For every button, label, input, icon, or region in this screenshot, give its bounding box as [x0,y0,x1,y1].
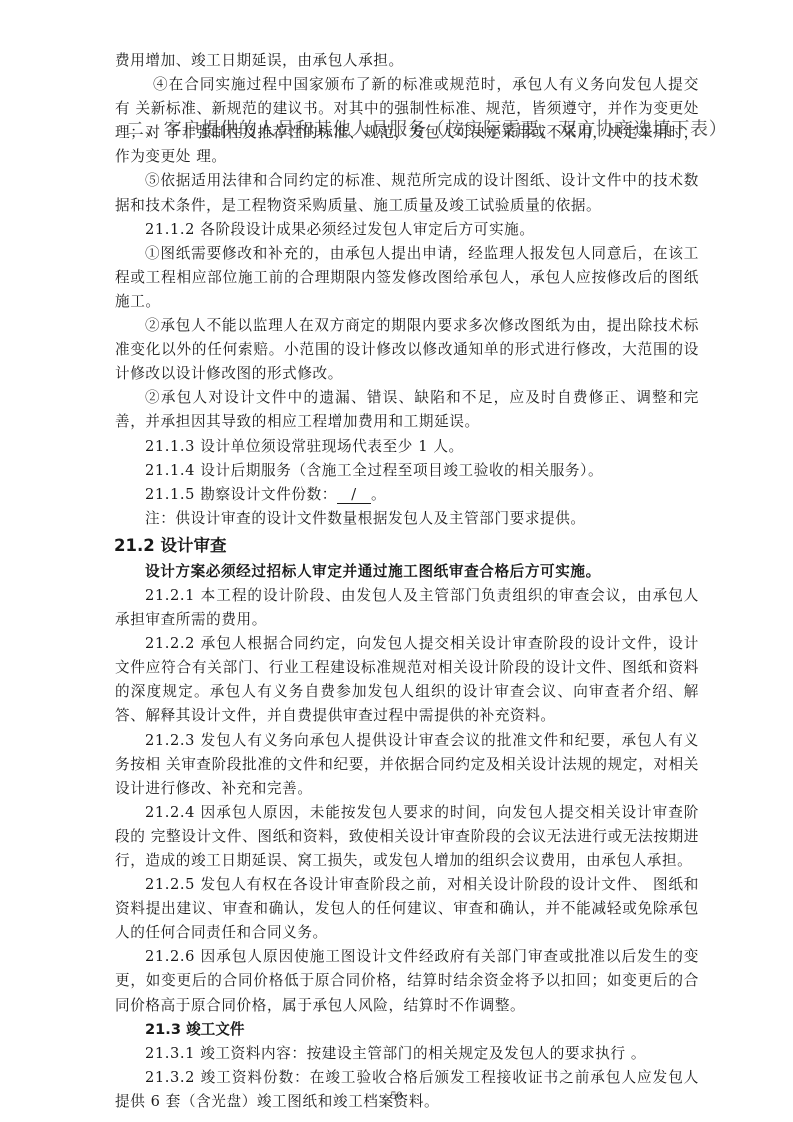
paragraph-no-claims: ②承包人不能以监理人在双方商定的期限内要求多次修改图纸为由，提出除技术标准变化以… [115,314,699,386]
clause-21-2-1: 21.2.1 本工程的设计阶段、由发包人及主管部门负责组织的审查会议，由承包人承… [115,584,699,632]
paragraph-drawing-revision: ①图纸需要修改和补充的，由承包人提出申请，经监理人报发包人同意后，在该工程或工程… [115,242,699,314]
clause-21-1-4: 21.1.4 设计后期服务（含施工全过程至项目竣工验收的相关服务）。 [115,459,699,483]
clause-21-2-6: 21.2.6 因承包人原因使施工图设计文件经政府有关部门审查或批准以后发生的变更… [115,945,699,1017]
paragraph-self-correction: ②承包人对设计文件中的遗漏、错误、缺陷和不足，应及时自费修正、调整和完善，并承担… [115,386,699,434]
clause-21-1-2: 21.1.2 各阶段设计成果必须经过发包人审定后方可实施。 [115,218,699,242]
page-number: 50 [0,1088,793,1103]
bold-note-design-approval: 设计方案必须经过招标人审定并通过施工图纸审查合格后方可实施。 [115,560,699,584]
note-paragraph: 注：供设计审查的设计文件数量根据发包人及主管部门要求提供。 [115,507,699,531]
clause-21-2-2: 21.2.2 承包人根据合同约定，向发包人提交相关设计审查阶段的设计文件，设计文… [115,632,699,728]
clause-21-2-4: 21.2.4 因承包人原因，未能按发包人要求的时间，向发包人提交相关设计审查阶段… [115,801,699,873]
paragraph-cost-continuation: 费用增加、竣工日期延误，由承包人承担。 [115,49,699,73]
clause-21-1-5: 21.1.5 勘察设计文件份数：/。 [115,483,699,507]
section-heading-21-3: 21.3 竣工文件 [115,1018,699,1042]
clause-21-1-5-end: 。 [371,486,386,503]
overlapping-heading-text: 二、客户提供的人员和其他人员服务（按实际需要，双方协商选填下表） [126,120,728,140]
clause-21-1-5-label: 21.1.5 勘察设计文件份数： [145,486,337,503]
document-page: 费用增加、竣工日期延误，由承包人承担。 ④在合同实施过程中国家颁布了新的标准或规… [115,49,699,1114]
clause-21-2-5: 21.2.5 发包人有权在各设计审查阶段之前，对相关设计阶段的设计文件、 图纸和… [115,873,699,945]
section-heading-21-2: 21.2 设计审查 [114,533,699,559]
paragraph-design-basis: ⑤依据适用法律和合同约定的标准、规范所完成的设计图纸、设计文件中的技术数 据和技… [115,169,699,217]
clause-21-3-1: 21.3.1 竣工资料内容：按建设主管部门的相关规定及发包人的要求执行 。 [115,1042,699,1066]
clause-21-2-3: 21.2.3 发包人有义务向承包人提供设计审查会议的批准文件和纪要，承包人有义务… [115,729,699,801]
clause-21-1-3: 21.1.3 设计单位须设常驻现场代表至少 1 人。 [115,435,699,459]
copies-blank-field: / [337,487,371,504]
